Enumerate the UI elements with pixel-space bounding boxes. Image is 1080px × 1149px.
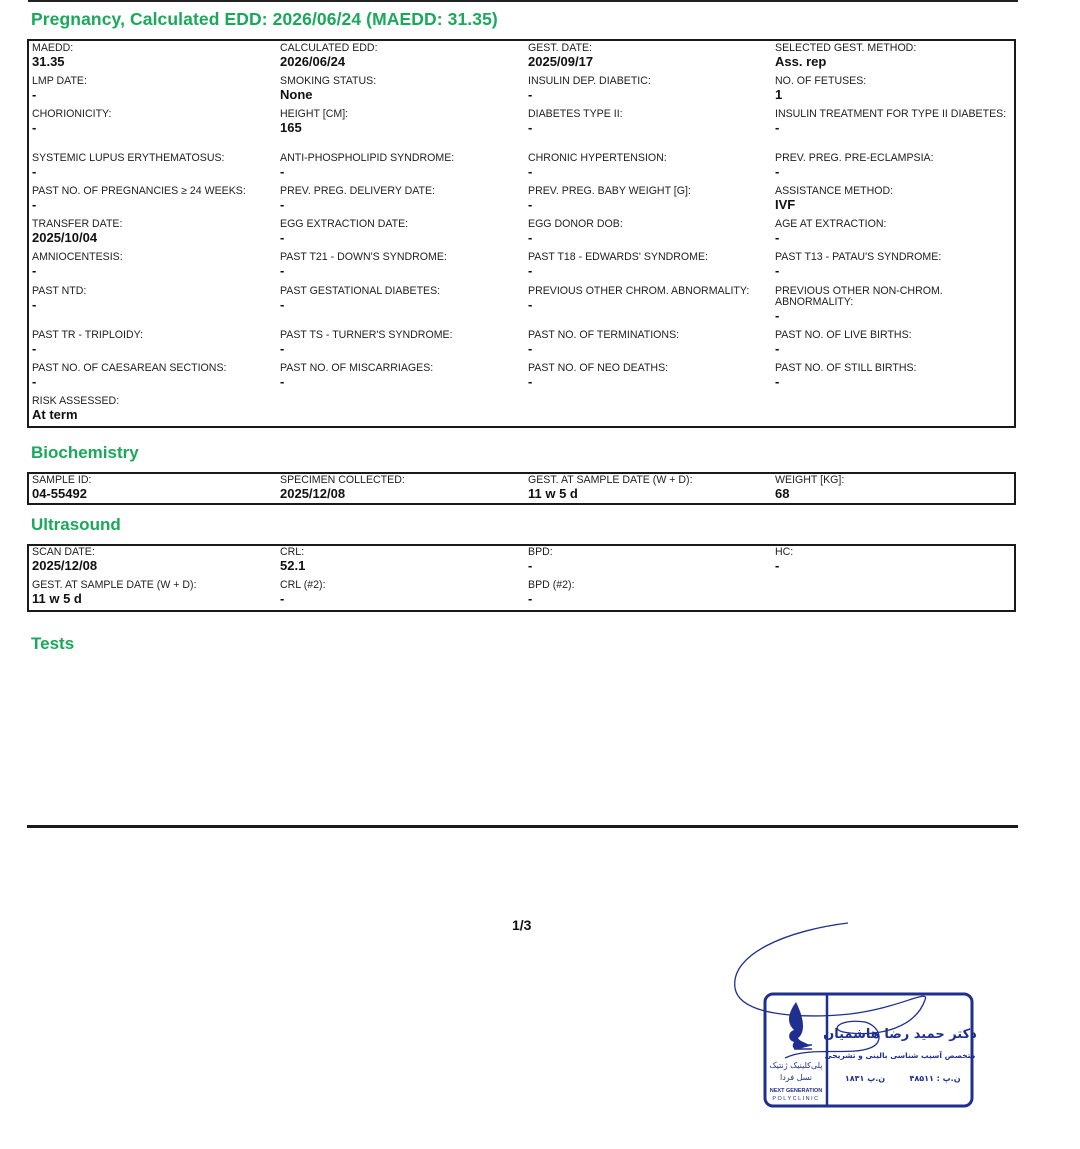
field-value: - (528, 198, 691, 212)
field-label: PAST T13 - PATAU'S SYNDROME: (775, 252, 941, 263)
field-value: - (528, 88, 651, 102)
field-label: DIABETES TYPE II: (528, 109, 623, 120)
field-label: PAST NO. OF MISCARRIAGES: (280, 363, 433, 374)
field-label: PREVIOUS OTHER NON-CHROM. ABNORMALITY: (775, 286, 975, 308)
field-past-tr-triploidy: PAST TR - TRIPLOIDY:- (32, 330, 143, 356)
field-label: CRL (#2): (280, 580, 326, 591)
field-value: 11 w 5 d (528, 487, 693, 501)
field-value: IVF (775, 198, 893, 212)
field-label: PAST NO. OF CAESAREAN SECTIONS: (32, 363, 226, 374)
field-value: - (775, 559, 793, 573)
field-risk-assessed: RISK ASSESSED:At term (32, 396, 119, 422)
field-value: None (280, 88, 376, 102)
field-value: - (32, 165, 225, 179)
field-label: HC: (775, 547, 793, 558)
field-value: - (32, 121, 111, 135)
field-value: - (528, 375, 668, 389)
field-past-t21-down-s-syndrome: PAST T21 - DOWN'S SYNDROME:- (280, 252, 447, 278)
field-label: PAST T21 - DOWN'S SYNDROME: (280, 252, 447, 263)
field-bpd-2: BPD (#2):- (528, 580, 575, 606)
field-lmp-date: LMP DATE:- (32, 76, 87, 102)
field-label: BPD: (528, 547, 553, 558)
field-specimen-collected: SPECIMEN COLLECTED:2025/12/08 (280, 475, 405, 501)
field-gest-date: GEST. DATE:2025/09/17 (528, 43, 593, 69)
field-value: 68 (775, 487, 844, 501)
field-scan-date: SCAN DATE:2025/12/08 (32, 547, 97, 573)
field-value: - (32, 88, 87, 102)
field-value: - (528, 264, 708, 278)
field-prev-preg-pre-eclampsia: PREV. PREG. PRE-ECLAMPSIA:- (775, 153, 934, 179)
field-label: EGG DONOR DOB: (528, 219, 623, 230)
field-value: 165 (280, 121, 348, 135)
field-value: - (528, 592, 575, 606)
field-value: 2025/12/08 (280, 487, 405, 501)
field-selected-gest-method: SELECTED GEST. METHOD:Ass. rep (775, 43, 916, 69)
field-label: CRL: (280, 547, 305, 558)
field-value: - (32, 264, 123, 278)
field-previous-other-non-chrom-abnormality: PREVIOUS OTHER NON-CHROM. ABNORMALITY:- (775, 286, 975, 323)
field-value: - (32, 375, 226, 389)
svg-text:NEXT GENERATION: NEXT GENERATION (770, 1088, 822, 1094)
svg-text:ن.پ : ۴۸۵۱۱: ن.پ : ۴۸۵۱۱ (909, 1074, 960, 1083)
field-value: - (775, 165, 934, 179)
field-label: CALCULATED EDD: (280, 43, 378, 54)
field-label: GEST. AT SAMPLE DATE (W + D): (32, 580, 197, 591)
field-value: - (280, 592, 326, 606)
field-value: - (280, 231, 408, 245)
field-past-gestational-diabetes: PAST GESTATIONAL DIABETES:- (280, 286, 440, 312)
top-divider (28, 0, 1018, 2)
field-egg-extraction-date: EGG EXTRACTION DATE:- (280, 219, 408, 245)
ultrasound-details-panel: SCAN DATE:2025/12/08CRL:52.1BPD:-HC:-GES… (27, 544, 1016, 612)
field-label: PAST NO. OF LIVE BIRTHS: (775, 330, 912, 341)
field-past-no-of-neo-deaths: PAST NO. OF NEO DEATHS:- (528, 363, 668, 389)
field-label: PREV. PREG. PRE-ECLAMPSIA: (775, 153, 934, 164)
field-amniocentesis: AMNIOCENTESIS:- (32, 252, 123, 278)
ultrasound-section-title: Ultrasound (31, 515, 121, 535)
field-label: TRANSFER DATE: (32, 219, 122, 230)
field-transfer-date: TRANSFER DATE:2025/10/04 (32, 219, 122, 245)
field-diabetes-type-ii: DIABETES TYPE II:- (528, 109, 623, 135)
field-value: - (280, 165, 454, 179)
field-value: - (528, 165, 667, 179)
field-label: NO. OF FETUSES: (775, 76, 866, 87)
svg-text:POLYCLINIC: POLYCLINIC (772, 1096, 819, 1102)
biochemistry-section-title: Biochemistry (31, 443, 139, 463)
field-value: - (528, 121, 623, 135)
field-label: GEST. DATE: (528, 43, 593, 54)
field-value: - (528, 231, 623, 245)
field-past-no-of-still-births: PAST NO. OF STILL BIRTHS:- (775, 363, 916, 389)
field-systemic-lupus-erythematosus: SYSTEMIC LUPUS ERYTHEMATOSUS:- (32, 153, 225, 179)
doctor-stamp: پلی‌کلینیک ژنتیک نسل فردا NEXT GENERATIO… (730, 918, 980, 1113)
svg-text:نسل فردا: نسل فردا (780, 1073, 812, 1082)
svg-text:متخصص آسیب شناسی بالینی و تشری: متخصص آسیب شناسی بالینی و تشریحی (825, 1050, 976, 1060)
pregnancy-section-title: Pregnancy, Calculated EDD: 2026/06/24 (M… (31, 9, 498, 30)
field-label: WEIGHT [KG]: (775, 475, 844, 486)
field-weight-kg: WEIGHT [KG]:68 (775, 475, 844, 501)
field-past-ts-turner-s-syndrome: PAST TS - TURNER'S SYNDROME:- (280, 330, 453, 356)
field-value: - (775, 342, 912, 356)
field-maedd: MAEDD:31.35 (32, 43, 73, 69)
field-label: PREVIOUS OTHER CHROM. ABNORMALITY: (528, 286, 749, 297)
field-value: - (280, 375, 433, 389)
field-label: INSULIN TREATMENT FOR TYPE II DIABETES: (775, 109, 1006, 120)
field-label: AGE AT EXTRACTION: (775, 219, 886, 230)
field-past-no-of-caesarean-sections: PAST NO. OF CAESAREAN SECTIONS:- (32, 363, 226, 389)
field-label: PREV. PREG. BABY WEIGHT [G]: (528, 186, 691, 197)
field-prev-preg-baby-weight-g: PREV. PREG. BABY WEIGHT [G]:- (528, 186, 691, 212)
field-insulin-dep-diabetic: INSULIN DEP. DIABETIC:- (528, 76, 651, 102)
biochemistry-details-panel: SAMPLE ID:04-55492SPECIMEN COLLECTED:202… (27, 472, 1016, 505)
field-hc: HC:- (775, 547, 793, 573)
field-value: 11 w 5 d (32, 592, 197, 606)
field-egg-donor-dob: EGG DONOR DOB:- (528, 219, 623, 245)
field-value: - (280, 198, 435, 212)
field-label: PREV. PREG. DELIVERY DATE: (280, 186, 435, 197)
field-past-no-of-pregnancies-24-weeks: PAST NO. OF PREGNANCIES ≥ 24 WEEKS:- (32, 186, 246, 212)
field-label: ASSISTANCE METHOD: (775, 186, 893, 197)
field-label: SAMPLE ID: (32, 475, 91, 486)
field-past-no-of-miscarriages: PAST NO. OF MISCARRIAGES:- (280, 363, 433, 389)
field-label: INSULIN DEP. DIABETIC: (528, 76, 651, 87)
field-past-t13-patau-s-syndrome: PAST T13 - PATAU'S SYNDROME:- (775, 252, 941, 278)
field-label: SMOKING STATUS: (280, 76, 376, 87)
field-label: PAST TR - TRIPLOIDY: (32, 330, 143, 341)
field-label: PAST NO. OF NEO DEATHS: (528, 363, 668, 374)
field-label: PAST TS - TURNER'S SYNDROME: (280, 330, 453, 341)
field-label: SPECIMEN COLLECTED: (280, 475, 405, 486)
field-label: PAST NO. OF STILL BIRTHS: (775, 363, 916, 374)
tests-section-title: Tests (31, 634, 74, 654)
field-previous-other-chrom-abnormality: PREVIOUS OTHER CHROM. ABNORMALITY:- (528, 286, 749, 312)
bottom-divider (27, 825, 1018, 828)
field-value: 31.35 (32, 55, 73, 69)
field-value: 2025/10/04 (32, 231, 122, 245)
field-prev-preg-delivery-date: PREV. PREG. DELIVERY DATE:- (280, 186, 435, 212)
field-value: - (528, 559, 553, 573)
field-value: - (280, 342, 453, 356)
field-height-cm: HEIGHT [CM]:165 (280, 109, 348, 135)
field-past-t18-edwards-syndrome: PAST T18 - EDWARDS' SYNDROME:- (528, 252, 708, 278)
field-label: PAST NTD: (32, 286, 86, 297)
field-value: Ass. rep (775, 55, 916, 69)
field-label: GEST. AT SAMPLE DATE (W + D): (528, 475, 693, 486)
field-label: MAEDD: (32, 43, 73, 54)
field-age-at-extraction: AGE AT EXTRACTION:- (775, 219, 886, 245)
svg-text:پلی‌کلینیک ژنتیک: پلی‌کلینیک ژنتیک (769, 1061, 822, 1070)
field-label: PAST NO. OF TERMINATIONS: (528, 330, 679, 341)
field-label: AMNIOCENTESIS: (32, 252, 123, 263)
field-value: At term (32, 408, 119, 422)
field-anti-phospholipid-syndrome: ANTI-PHOSPHOLIPID SYNDROME:- (280, 153, 454, 179)
field-value: - (775, 231, 886, 245)
field-past-ntd: PAST NTD:- (32, 286, 86, 312)
field-value: - (280, 298, 440, 312)
field-value: - (528, 342, 679, 356)
field-value: 52.1 (280, 559, 305, 573)
field-assistance-method: ASSISTANCE METHOD:IVF (775, 186, 893, 212)
svg-text:ن.پ ۱۸۳۱: ن.پ ۱۸۳۱ (845, 1074, 885, 1083)
field-label: CHRONIC HYPERTENSION: (528, 153, 667, 164)
field-label: LMP DATE: (32, 76, 87, 87)
field-bpd: BPD:- (528, 547, 553, 573)
field-label: SCAN DATE: (32, 547, 97, 558)
field-gest-at-sample-date-w-d: GEST. AT SAMPLE DATE (W + D):11 w 5 d (528, 475, 693, 501)
field-value: 2026/06/24 (280, 55, 378, 69)
field-value: 2025/12/08 (32, 559, 97, 573)
field-label: PAST GESTATIONAL DIABETES: (280, 286, 440, 297)
field-value: - (32, 198, 246, 212)
field-value: - (775, 375, 916, 389)
field-value: - (528, 298, 749, 312)
field-value: - (775, 264, 941, 278)
clinic-logo-icon (789, 1002, 810, 1050)
field-label: PAST NO. OF PREGNANCIES ≥ 24 WEEKS: (32, 186, 246, 197)
field-label: BPD (#2): (528, 580, 575, 591)
page-number: 1/3 (512, 917, 531, 933)
pregnancy-details-panel: MAEDD:31.35CALCULATED EDD:2026/06/24GEST… (27, 39, 1016, 428)
field-value: - (775, 309, 975, 323)
field-past-no-of-live-births: PAST NO. OF LIVE BIRTHS:- (775, 330, 912, 356)
field-label: EGG EXTRACTION DATE: (280, 219, 408, 230)
field-value: - (32, 342, 143, 356)
svg-text:دکتر حمید رضا هاشمیان: دکتر حمید رضا هاشمیان (823, 1027, 977, 1042)
field-value: 1 (775, 88, 866, 102)
field-label: ANTI-PHOSPHOLIPID SYNDROME: (280, 153, 454, 164)
field-insulin-treatment-for-type-ii-diabetes: INSULIN TREATMENT FOR TYPE II DIABETES:- (775, 109, 1006, 135)
field-label: PAST T18 - EDWARDS' SYNDROME: (528, 252, 708, 263)
field-label: HEIGHT [CM]: (280, 109, 348, 120)
field-smoking-status: SMOKING STATUS:None (280, 76, 376, 102)
field-value: 04-55492 (32, 487, 91, 501)
field-sample-id: SAMPLE ID:04-55492 (32, 475, 91, 501)
field-label: SELECTED GEST. METHOD: (775, 43, 916, 54)
field-gest-at-sample-date-w-d: GEST. AT SAMPLE DATE (W + D):11 w 5 d (32, 580, 197, 606)
field-value: 2025/09/17 (528, 55, 593, 69)
field-value: - (775, 121, 1006, 135)
field-past-no-of-terminations: PAST NO. OF TERMINATIONS:- (528, 330, 679, 356)
field-label: CHORIONICITY: (32, 109, 111, 120)
field-crl-2: CRL (#2):- (280, 580, 326, 606)
field-value: - (32, 298, 86, 312)
field-no-of-fetuses: NO. OF FETUSES:1 (775, 76, 866, 102)
field-crl: CRL:52.1 (280, 547, 305, 573)
field-chronic-hypertension: CHRONIC HYPERTENSION:- (528, 153, 667, 179)
field-value: - (280, 264, 447, 278)
field-label: RISK ASSESSED: (32, 396, 119, 407)
field-label: SYSTEMIC LUPUS ERYTHEMATOSUS: (32, 153, 225, 164)
field-calculated-edd: CALCULATED EDD:2026/06/24 (280, 43, 378, 69)
field-chorionicity: CHORIONICITY:- (32, 109, 111, 135)
